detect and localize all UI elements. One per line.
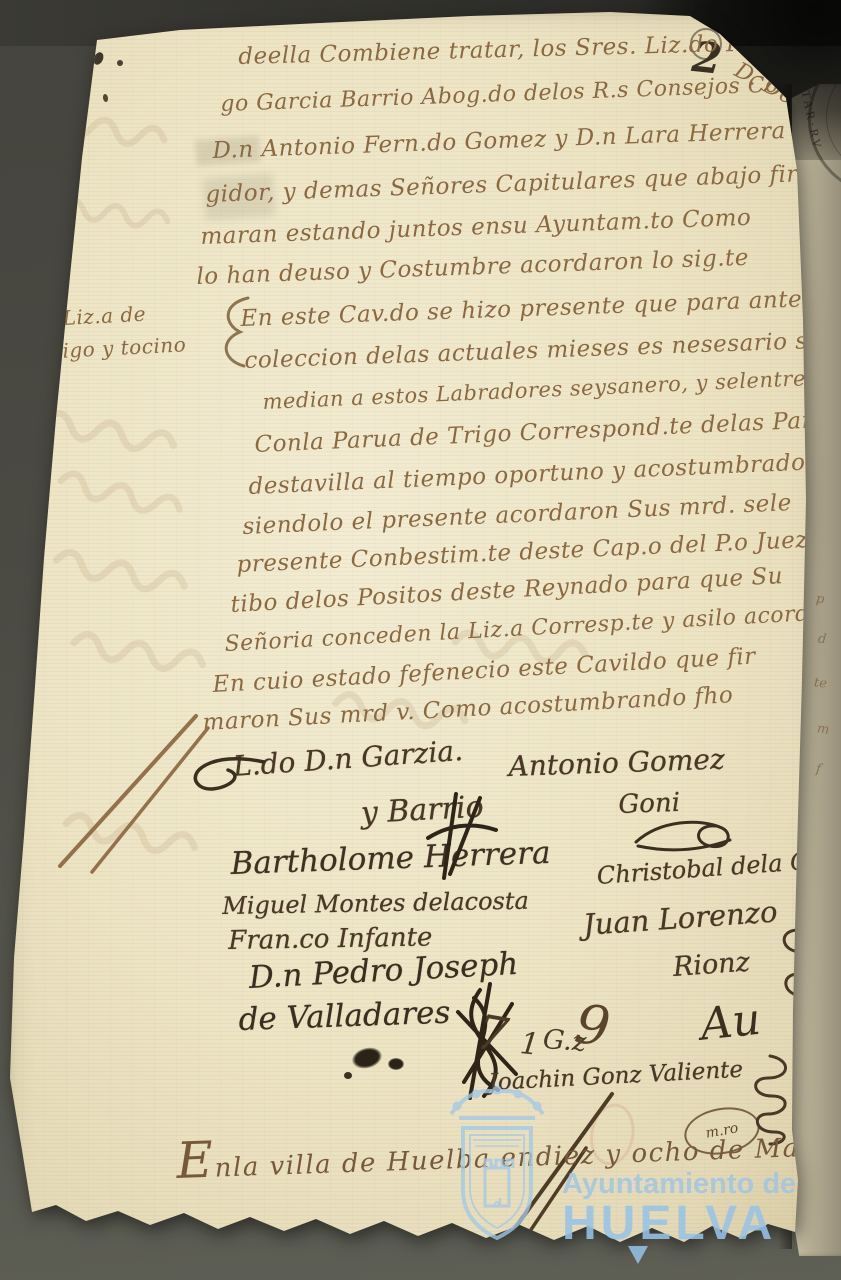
ink-blot	[344, 1072, 352, 1079]
signature-montes: Miguel Montes delacosta	[222, 887, 529, 920]
rubric-flourish	[180, 748, 270, 808]
ink-blot	[388, 1058, 404, 1070]
signature-lorenzo-line2: Rionz	[672, 947, 751, 983]
paragraph-brace-icon	[214, 294, 254, 370]
rubric-flourish	[770, 900, 830, 1020]
huelva-coat-of-arms-icon	[443, 1080, 551, 1270]
watermark-text-large: HUELVA	[562, 1196, 776, 1251]
scanned-manuscript-page: NTAR·RV p d te m f 2 deella Combiene tra…	[0, 0, 841, 1280]
manuscript-leaf: 2 deella Combiene tratar, los Sres. Liz.…	[0, 0, 841, 1280]
margin-note-line: Liz.a de	[62, 302, 147, 330]
pen-trial-letters: Au	[698, 994, 763, 1051]
signature-valladares-line2: de Valladares	[238, 995, 451, 1038]
manuscript-leaf-wrap: 2 deella Combiene tratar, los Sres. Liz.…	[0, 0, 841, 1280]
date-line-initial: E	[175, 1131, 215, 1190]
rubric-flourish	[420, 788, 500, 884]
ink-speck	[117, 60, 123, 66]
pen-trial-numeral: 1	[518, 1026, 541, 1063]
